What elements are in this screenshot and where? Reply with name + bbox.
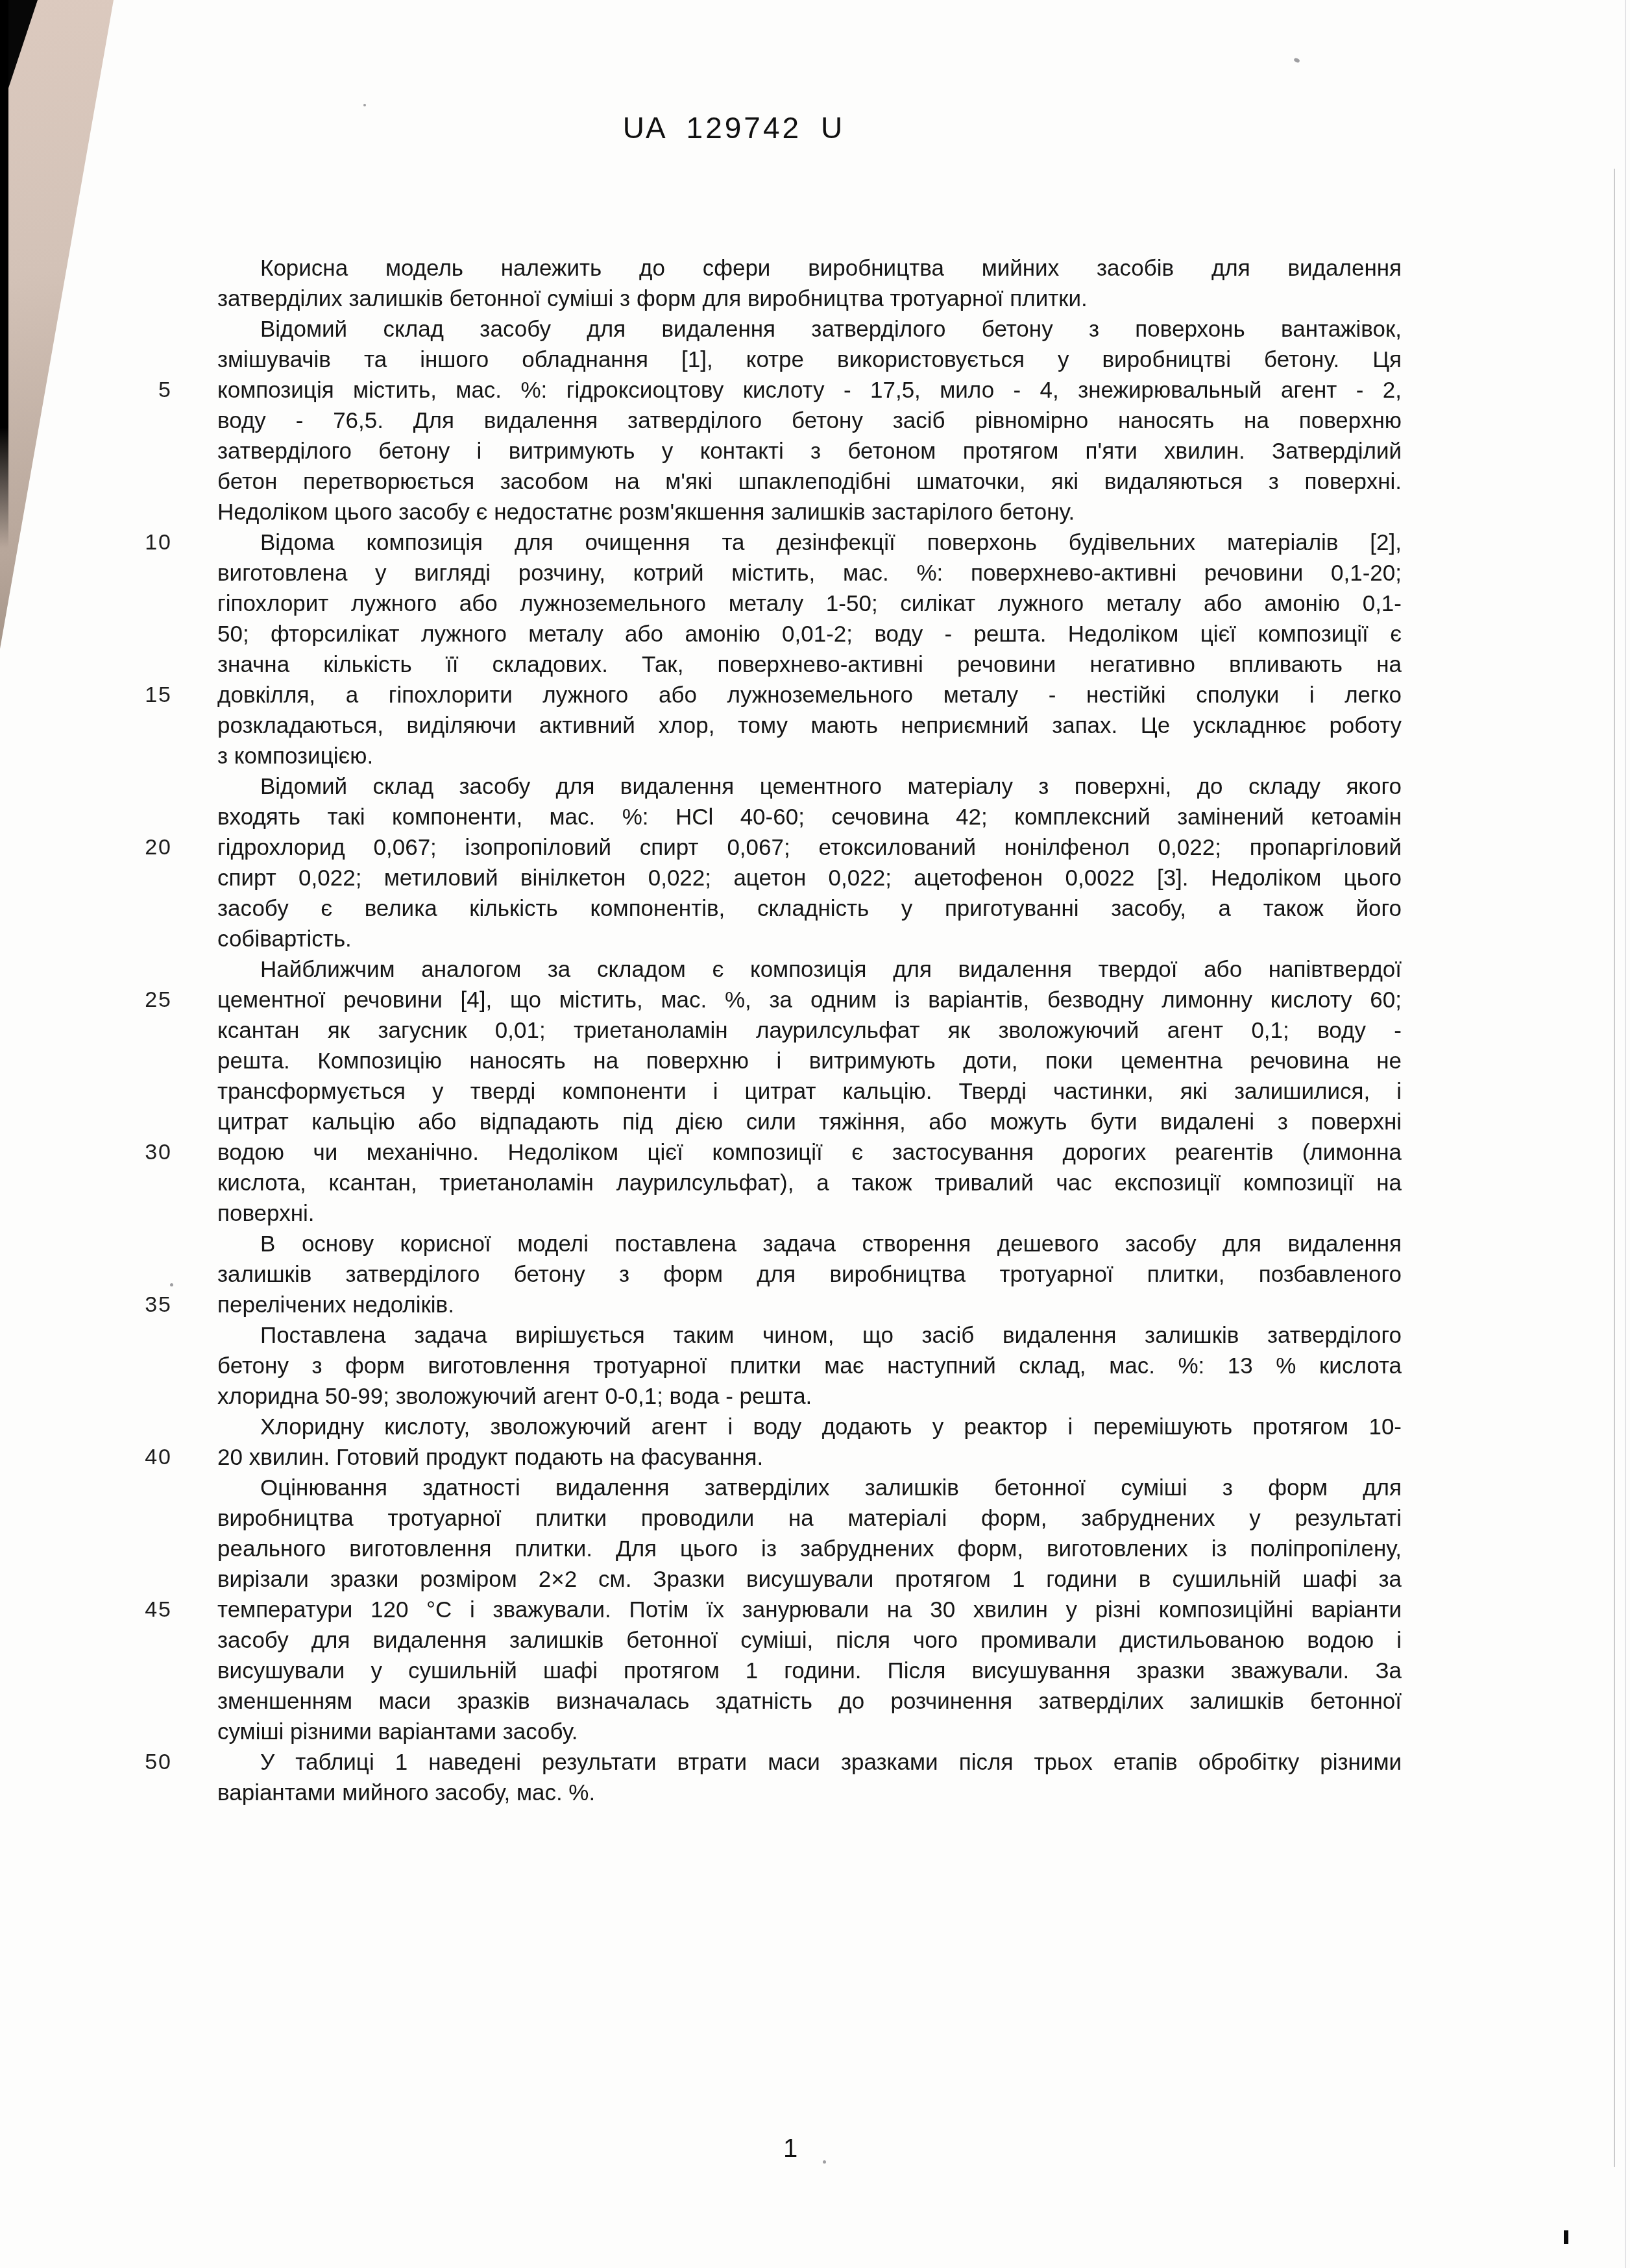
text-line: решта. Композицію наносять на поверхню і… bbox=[217, 1046, 1402, 1076]
text-line: композиція містить, мас. %: гідроксиоцто… bbox=[217, 375, 1402, 405]
patent-document-page: UA129742U 5101520253035404550 Корисна мо… bbox=[0, 0, 1630, 2268]
line-number: 20 bbox=[117, 832, 172, 863]
text-line: варіантами мийного засобу, мас. %. bbox=[217, 1778, 1402, 1808]
text-line: суміші різними варіантами засобу. bbox=[217, 1717, 1402, 1747]
scan-bottom-mark bbox=[1564, 2230, 1568, 2244]
text-line: Найближчим аналогом за складом є компози… bbox=[217, 954, 1402, 985]
text-line: засобу для видалення залишків бетонної с… bbox=[217, 1625, 1402, 1656]
text-line: реального виготовлення плитки. Для цього… bbox=[217, 1534, 1402, 1564]
text-line: воду - 76,5. Для видалення затверділого … bbox=[217, 405, 1402, 436]
scan-page-edge-line bbox=[1625, 0, 1626, 2268]
text-line: вирізали зразки розміром 2×2 см. Зразки … bbox=[217, 1564, 1402, 1595]
text-line: кислота, ксантан, триетаноламін лаурилсу… bbox=[217, 1168, 1402, 1198]
scan-speck bbox=[363, 104, 366, 106]
text-line: виробництва тротуарної плитки проводили … bbox=[217, 1503, 1402, 1534]
text-line: Недоліком цього засобу є недостатнє розм… bbox=[217, 497, 1402, 527]
text-line: поверхні. bbox=[217, 1198, 1402, 1229]
publication-header: UA129742U bbox=[565, 110, 902, 145]
scan-right-vertical-line bbox=[1614, 169, 1615, 2167]
scan-speck bbox=[1293, 57, 1300, 63]
publication-kind-code: U bbox=[821, 111, 844, 145]
text-line: змішувачів та іншого обладнання [1], кот… bbox=[217, 344, 1402, 375]
line-number: 45 bbox=[117, 1595, 172, 1625]
text-line: значна кількість її складових. Так, пове… bbox=[217, 649, 1402, 680]
text-line: Поставлена задача вирішується таким чино… bbox=[217, 1320, 1402, 1351]
text-line: цитрат кальцію або відпадають під дією с… bbox=[217, 1107, 1402, 1137]
text-line: температури 120 °C і зважували. Потім їх… bbox=[217, 1595, 1402, 1625]
text-line: затверділого бетону і витримують у конта… bbox=[217, 436, 1402, 466]
text-line: розкладаються, виділяючи активний хлор, … bbox=[217, 710, 1402, 741]
text-line: залишків затверділого бетону з форм для … bbox=[217, 1259, 1402, 1290]
text-line: У таблиці 1 наведені результати втрати м… bbox=[217, 1747, 1402, 1778]
line-number: 5 bbox=[117, 375, 172, 405]
text-line: ксантан як загусник 0,01; триетаноламін … bbox=[217, 1015, 1402, 1046]
text-line: затверділих залишків бетонної суміші з ф… bbox=[217, 283, 1402, 314]
text-line: Відомий склад засобу для видалення цемен… bbox=[217, 771, 1402, 802]
text-line: В основу корисної моделі поставлена зада… bbox=[217, 1229, 1402, 1259]
publication-country-code: UA bbox=[623, 111, 667, 145]
text-line: з композицією. bbox=[217, 741, 1402, 771]
text-line: висушували у сушильній шафі протягом 1 г… bbox=[217, 1656, 1402, 1686]
text-line: виготовлена у вигляді розчину, котрий мі… bbox=[217, 558, 1402, 588]
page-number: 1 bbox=[0, 2134, 1581, 2164]
text-line: 50; фторсилікат лужного металу або амоні… bbox=[217, 619, 1402, 649]
publication-number: 129742 bbox=[687, 111, 802, 145]
line-number: 30 bbox=[117, 1137, 172, 1168]
text-line: входять такі компоненти, мас. %: HCl 40-… bbox=[217, 802, 1402, 832]
text-line: засобу є велика кількість компонентів, с… bbox=[217, 893, 1402, 924]
text-line: Відома композиція для очищення та дезінф… bbox=[217, 527, 1402, 558]
text-line: зменшенням маси зразків визначалась здат… bbox=[217, 1686, 1402, 1717]
text-line: хлоридна 50-99; зволожуючий агент 0-0,1;… bbox=[217, 1381, 1402, 1412]
text-line: бетону з форм виготовлення тротуарної пл… bbox=[217, 1351, 1402, 1381]
text-line: Хлоридну кислоту, зволожуючий агент і во… bbox=[217, 1412, 1402, 1442]
line-number: 50 bbox=[117, 1747, 172, 1778]
line-number: 40 bbox=[117, 1442, 172, 1473]
line-number: 15 bbox=[117, 680, 172, 710]
text-line: собівартість. bbox=[217, 924, 1402, 954]
text-line: спирт 0,022; метиловий вінілкетон 0,022;… bbox=[217, 863, 1402, 893]
text-line: водою чи механічно. Недоліком цієї компо… bbox=[217, 1137, 1402, 1168]
text-line: Оцінювання здатності видалення затверділ… bbox=[217, 1473, 1402, 1503]
text-line: гідрохлорид 0,067; ізопропіловий спирт 0… bbox=[217, 832, 1402, 863]
text-line: гіпохлорит лужного або лужноземельного м… bbox=[217, 588, 1402, 619]
scan-speck bbox=[170, 1283, 173, 1286]
text-line: 20 хвилин. Готовий продукт подають на фа… bbox=[217, 1442, 1402, 1473]
line-number: 25 bbox=[117, 985, 172, 1015]
text-line: Відомий склад засобу для видалення затве… bbox=[217, 314, 1402, 344]
scan-left-edge-shadow bbox=[0, 0, 8, 548]
line-number: 35 bbox=[117, 1290, 172, 1320]
text-line: трансформується у тверді компоненти і ци… bbox=[217, 1076, 1402, 1107]
text-line: довкілля, а гіпохлорити лужного або лужн… bbox=[217, 680, 1402, 710]
text-line: Корисна модель належить до сфери виробни… bbox=[217, 253, 1402, 283]
text-line: перелічених недоліків. bbox=[217, 1290, 1402, 1320]
line-number: 10 bbox=[117, 527, 172, 558]
text-line: бетон перетворюється засобом на м'які шп… bbox=[217, 466, 1402, 497]
text-line: цементної речовини [4], що містить, мас.… bbox=[217, 985, 1402, 1015]
